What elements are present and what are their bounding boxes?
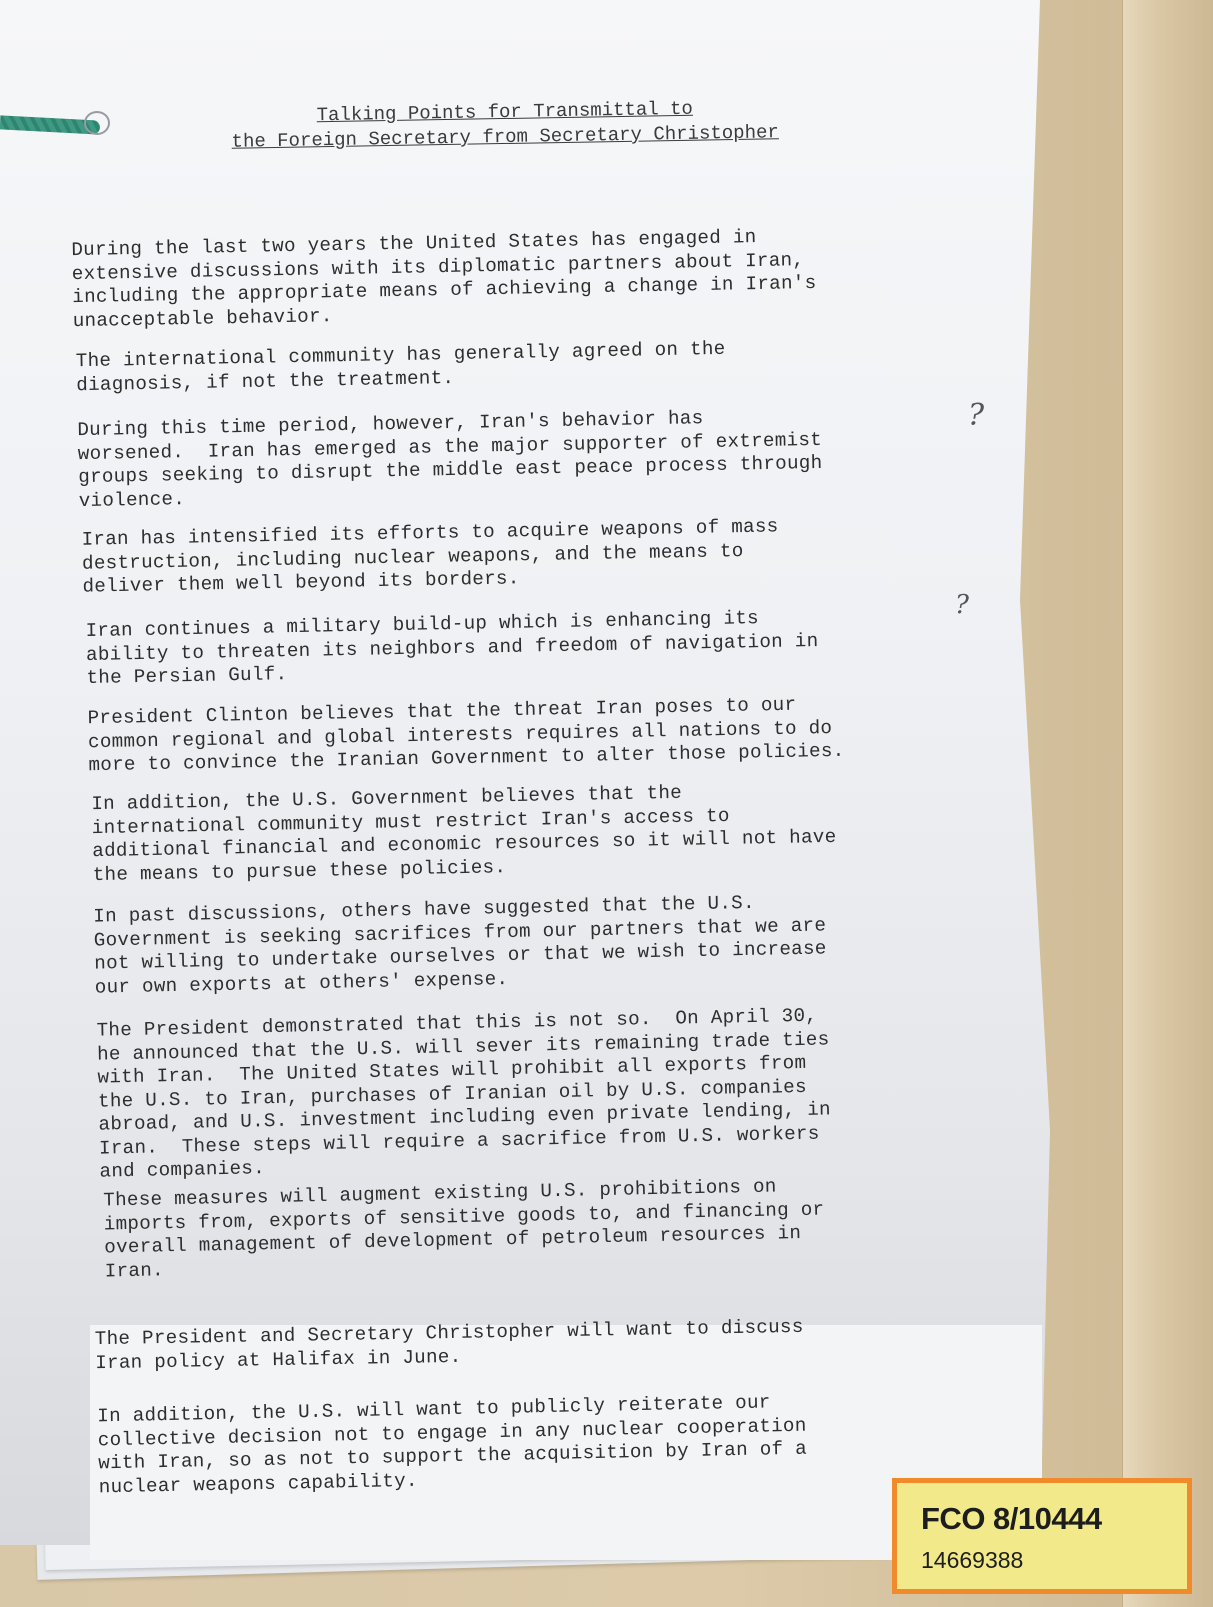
- folder-edge: [1122, 0, 1213, 1607]
- punch-hole-icon: [84, 111, 110, 135]
- paragraph: Iran continues a military build-up which…: [85, 606, 819, 691]
- paragraph: President Clinton believes that the thre…: [87, 693, 844, 778]
- paragraph: In addition, the U.S. will want to publi…: [97, 1391, 808, 1500]
- paragraph: In addition, the U.S. Government believe…: [91, 779, 837, 887]
- paragraph: Iran has intensified its efforts to acqu…: [81, 515, 779, 599]
- paragraph: In past discussions, others have suggest…: [93, 890, 827, 999]
- paragraph: During this time period, however, Iran's…: [77, 405, 823, 513]
- paragraph: The President demonstrated that this is …: [96, 1004, 832, 1184]
- paragraph: During the last two years the United Sta…: [71, 225, 817, 333]
- handwritten-question-mark: ?: [968, 398, 984, 433]
- archive-number: 14669388: [921, 1547, 1023, 1574]
- paragraph: These measures will augment existing U.S…: [103, 1174, 825, 1283]
- archive-reference: FCO 8/10444: [921, 1501, 1102, 1537]
- handwritten-question-mark: ?: [955, 590, 969, 620]
- archive-reference-label: FCO 8/10444 14669388: [892, 1478, 1192, 1594]
